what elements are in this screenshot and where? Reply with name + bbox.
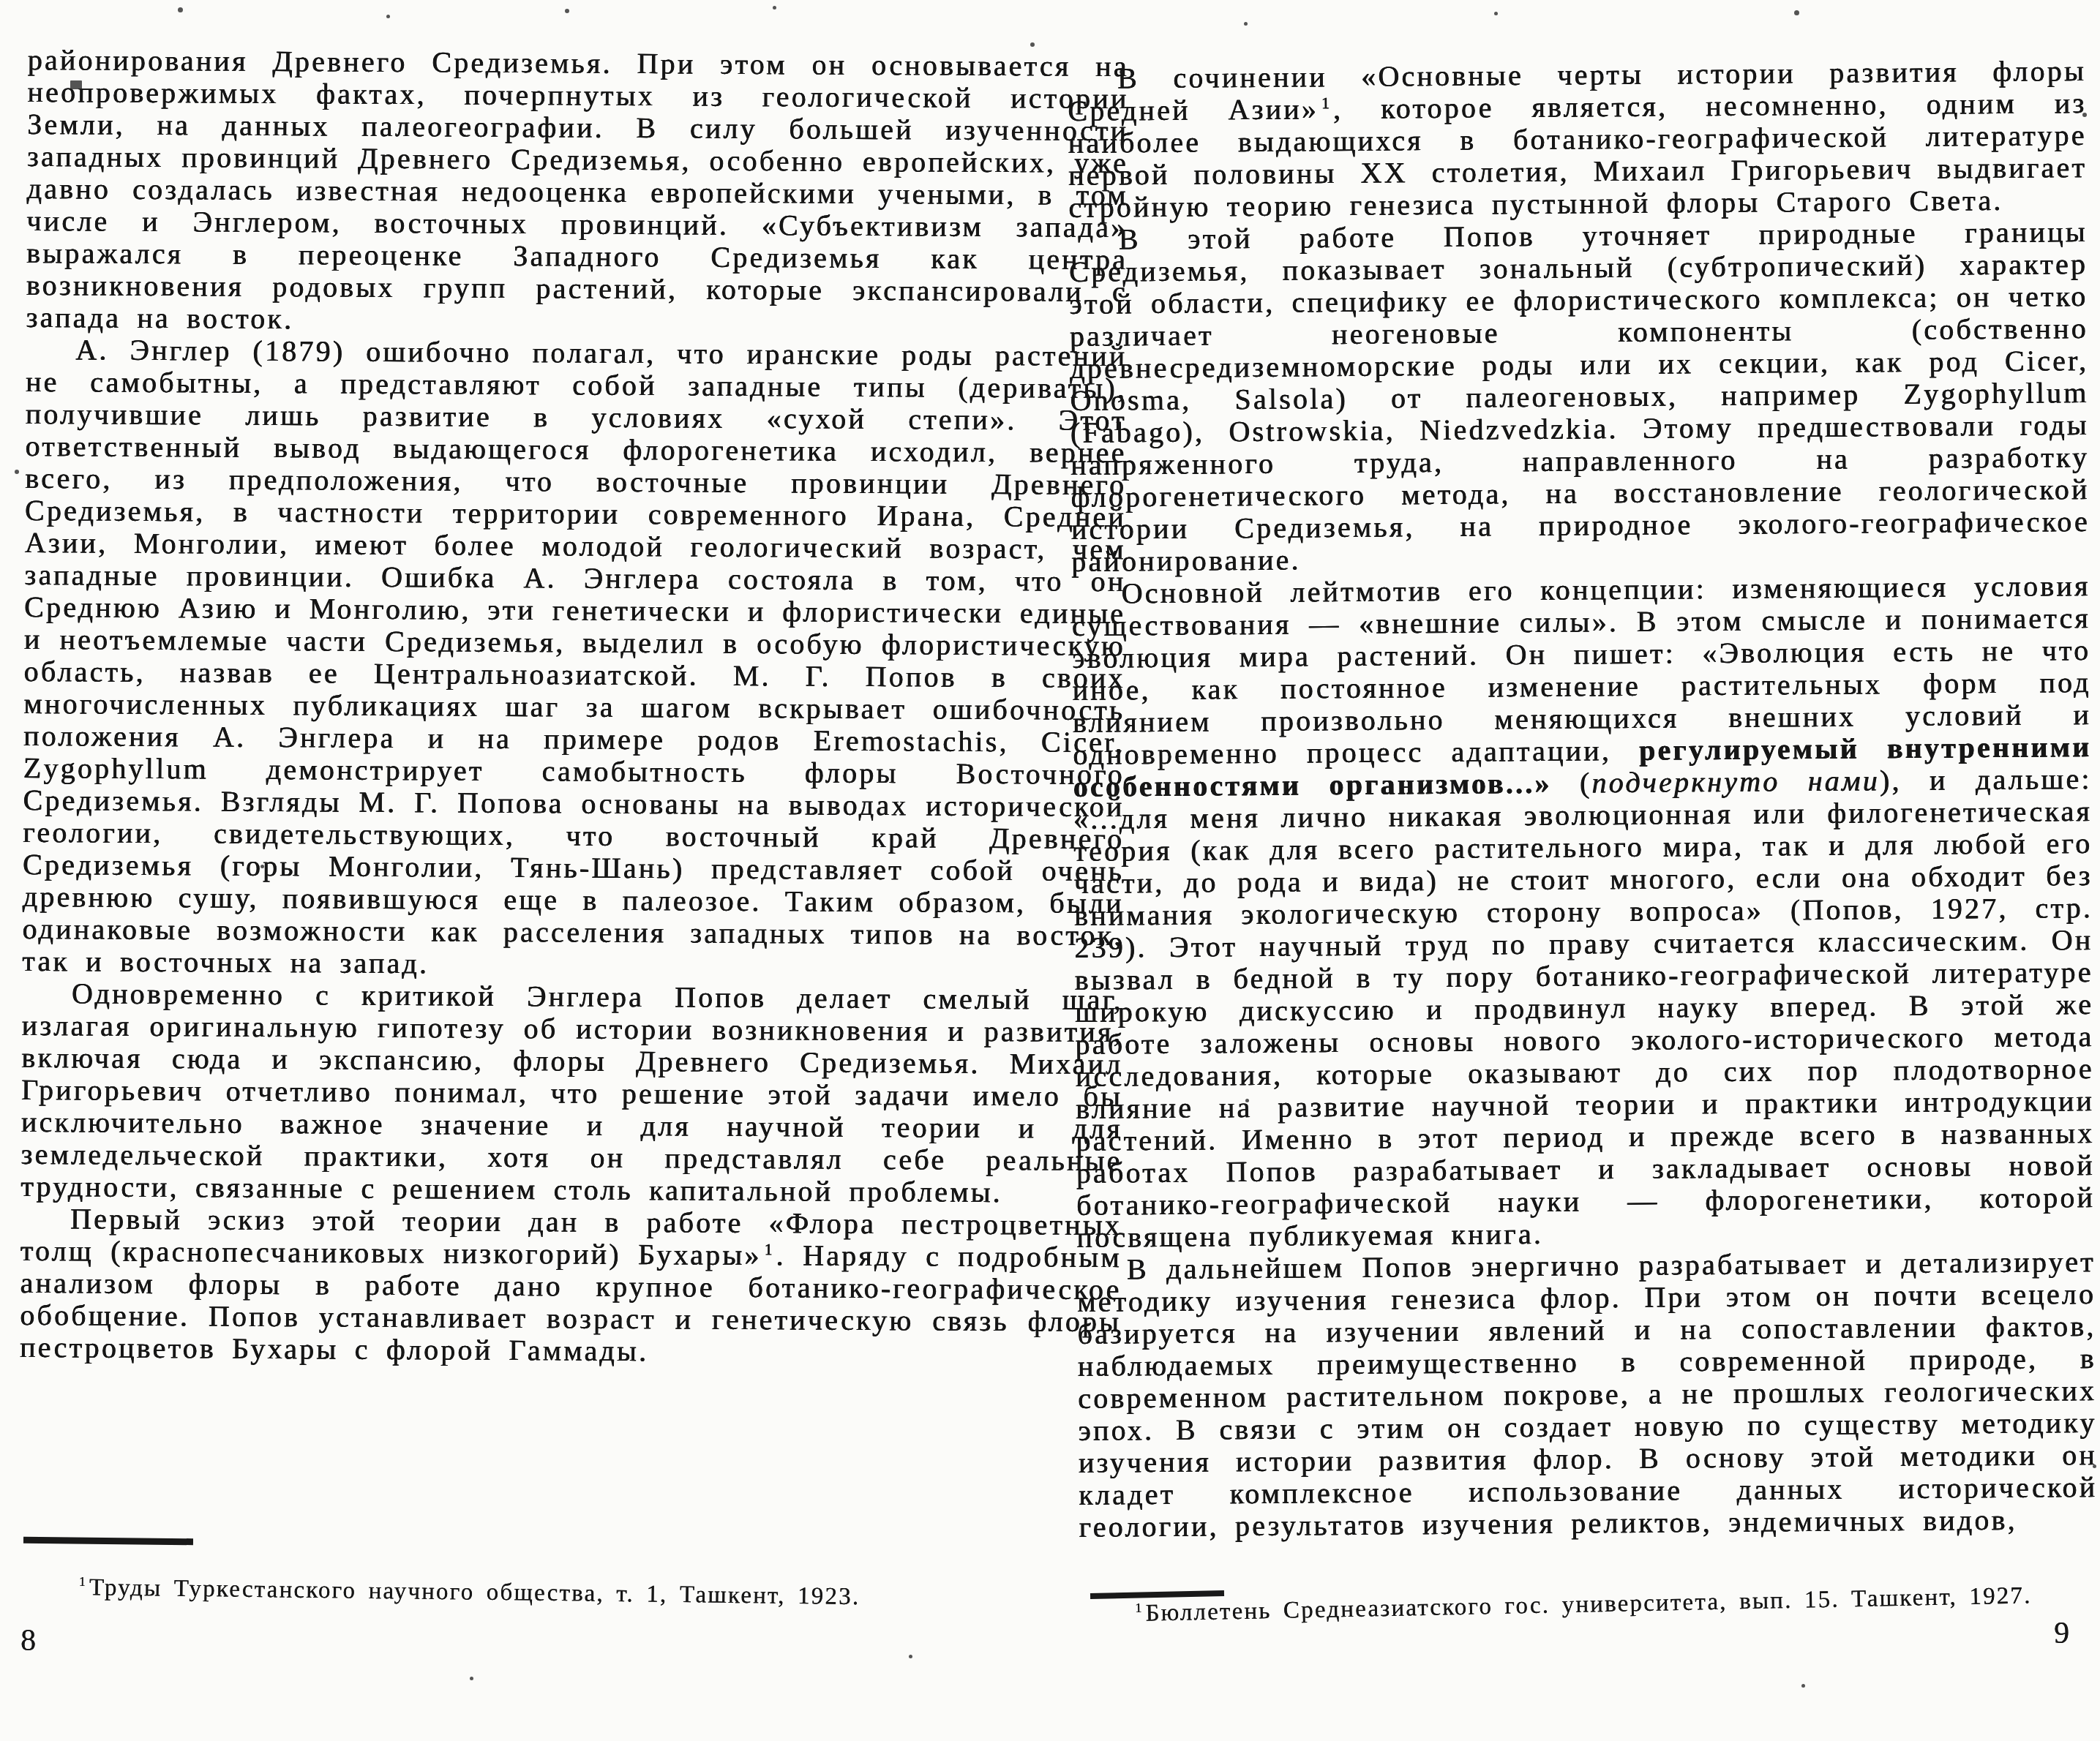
text-run: В дальнейшем Попов энергично разрабатыва… (1077, 1245, 2097, 1543)
paragraph: В дальнейшем Попов энергично разрабатыва… (1077, 1246, 2098, 1543)
page-right: В сочинении «Основные черты истории разв… (1050, 0, 2100, 1741)
footnote-marker-left: 1 (79, 1574, 86, 1589)
paragraph: Основной лейтмотив его концепции: изменя… (1072, 570, 2096, 1254)
footnote-reference: 1 (765, 1240, 773, 1258)
page-left-body-text: районирования Древнего Средиземья. При э… (20, 44, 1129, 1370)
page-number-left: 8 (20, 1625, 36, 1656)
text-run: Одновременно с критикой Энглера Попов де… (20, 977, 1123, 1208)
text-run: районирования Древнего Средиземья. При э… (26, 43, 1129, 335)
paragraph: Одновременно с критикой Энглера Попов де… (20, 977, 1123, 1209)
text-run: В этой работе Попов уточняет природные г… (1069, 215, 2090, 578)
paragraph: А. Энглер (1879) ошибочно полагал, что и… (22, 334, 1127, 984)
paragraph: Первый эскиз этой теории дан в работе «Ф… (20, 1203, 1122, 1370)
paragraph: районирования Древнего Средиземья. При э… (26, 44, 1129, 340)
footnote-rule-left (23, 1537, 193, 1545)
footnote-reference: 1 (1321, 94, 1330, 112)
paragraph: В этой работе Попов уточняет природные г… (1069, 216, 2090, 578)
footnote-text-right: Бюллетень Среднеазиатского гос. универси… (1145, 1582, 2032, 1626)
page-right-body-text: В сочинении «Основные черты истории разв… (1068, 55, 2098, 1543)
emphasis-italic: подчеркнуто нами (1591, 764, 1880, 799)
page-left: районирования Древнего Средиземья. При э… (0, 0, 1130, 1741)
footnote-left: 1Труды Туркестанского научного общества,… (76, 1573, 860, 1612)
text-run: ( (1552, 766, 1592, 799)
scanned-book-spread: { "pages": [ { "number": "8", "paragraph… (0, 0, 2100, 1741)
page-number-right: 9 (2054, 1618, 2069, 1649)
paragraph: В сочинении «Основные черты истории разв… (1068, 55, 2088, 224)
text-run: А. Энглер (1879) ошибочно полагал, что и… (22, 333, 1127, 979)
footnote-text-left: Труды Туркестанского научного общества, … (89, 1574, 860, 1610)
footnote-right: 1Бюллетень Среднеазиатского гос. универс… (1132, 1581, 2032, 1628)
text-run: ), и дальше: «...для меня лично никакая … (1073, 762, 2095, 1254)
footnote-marker-right: 1 (1135, 1601, 1141, 1615)
